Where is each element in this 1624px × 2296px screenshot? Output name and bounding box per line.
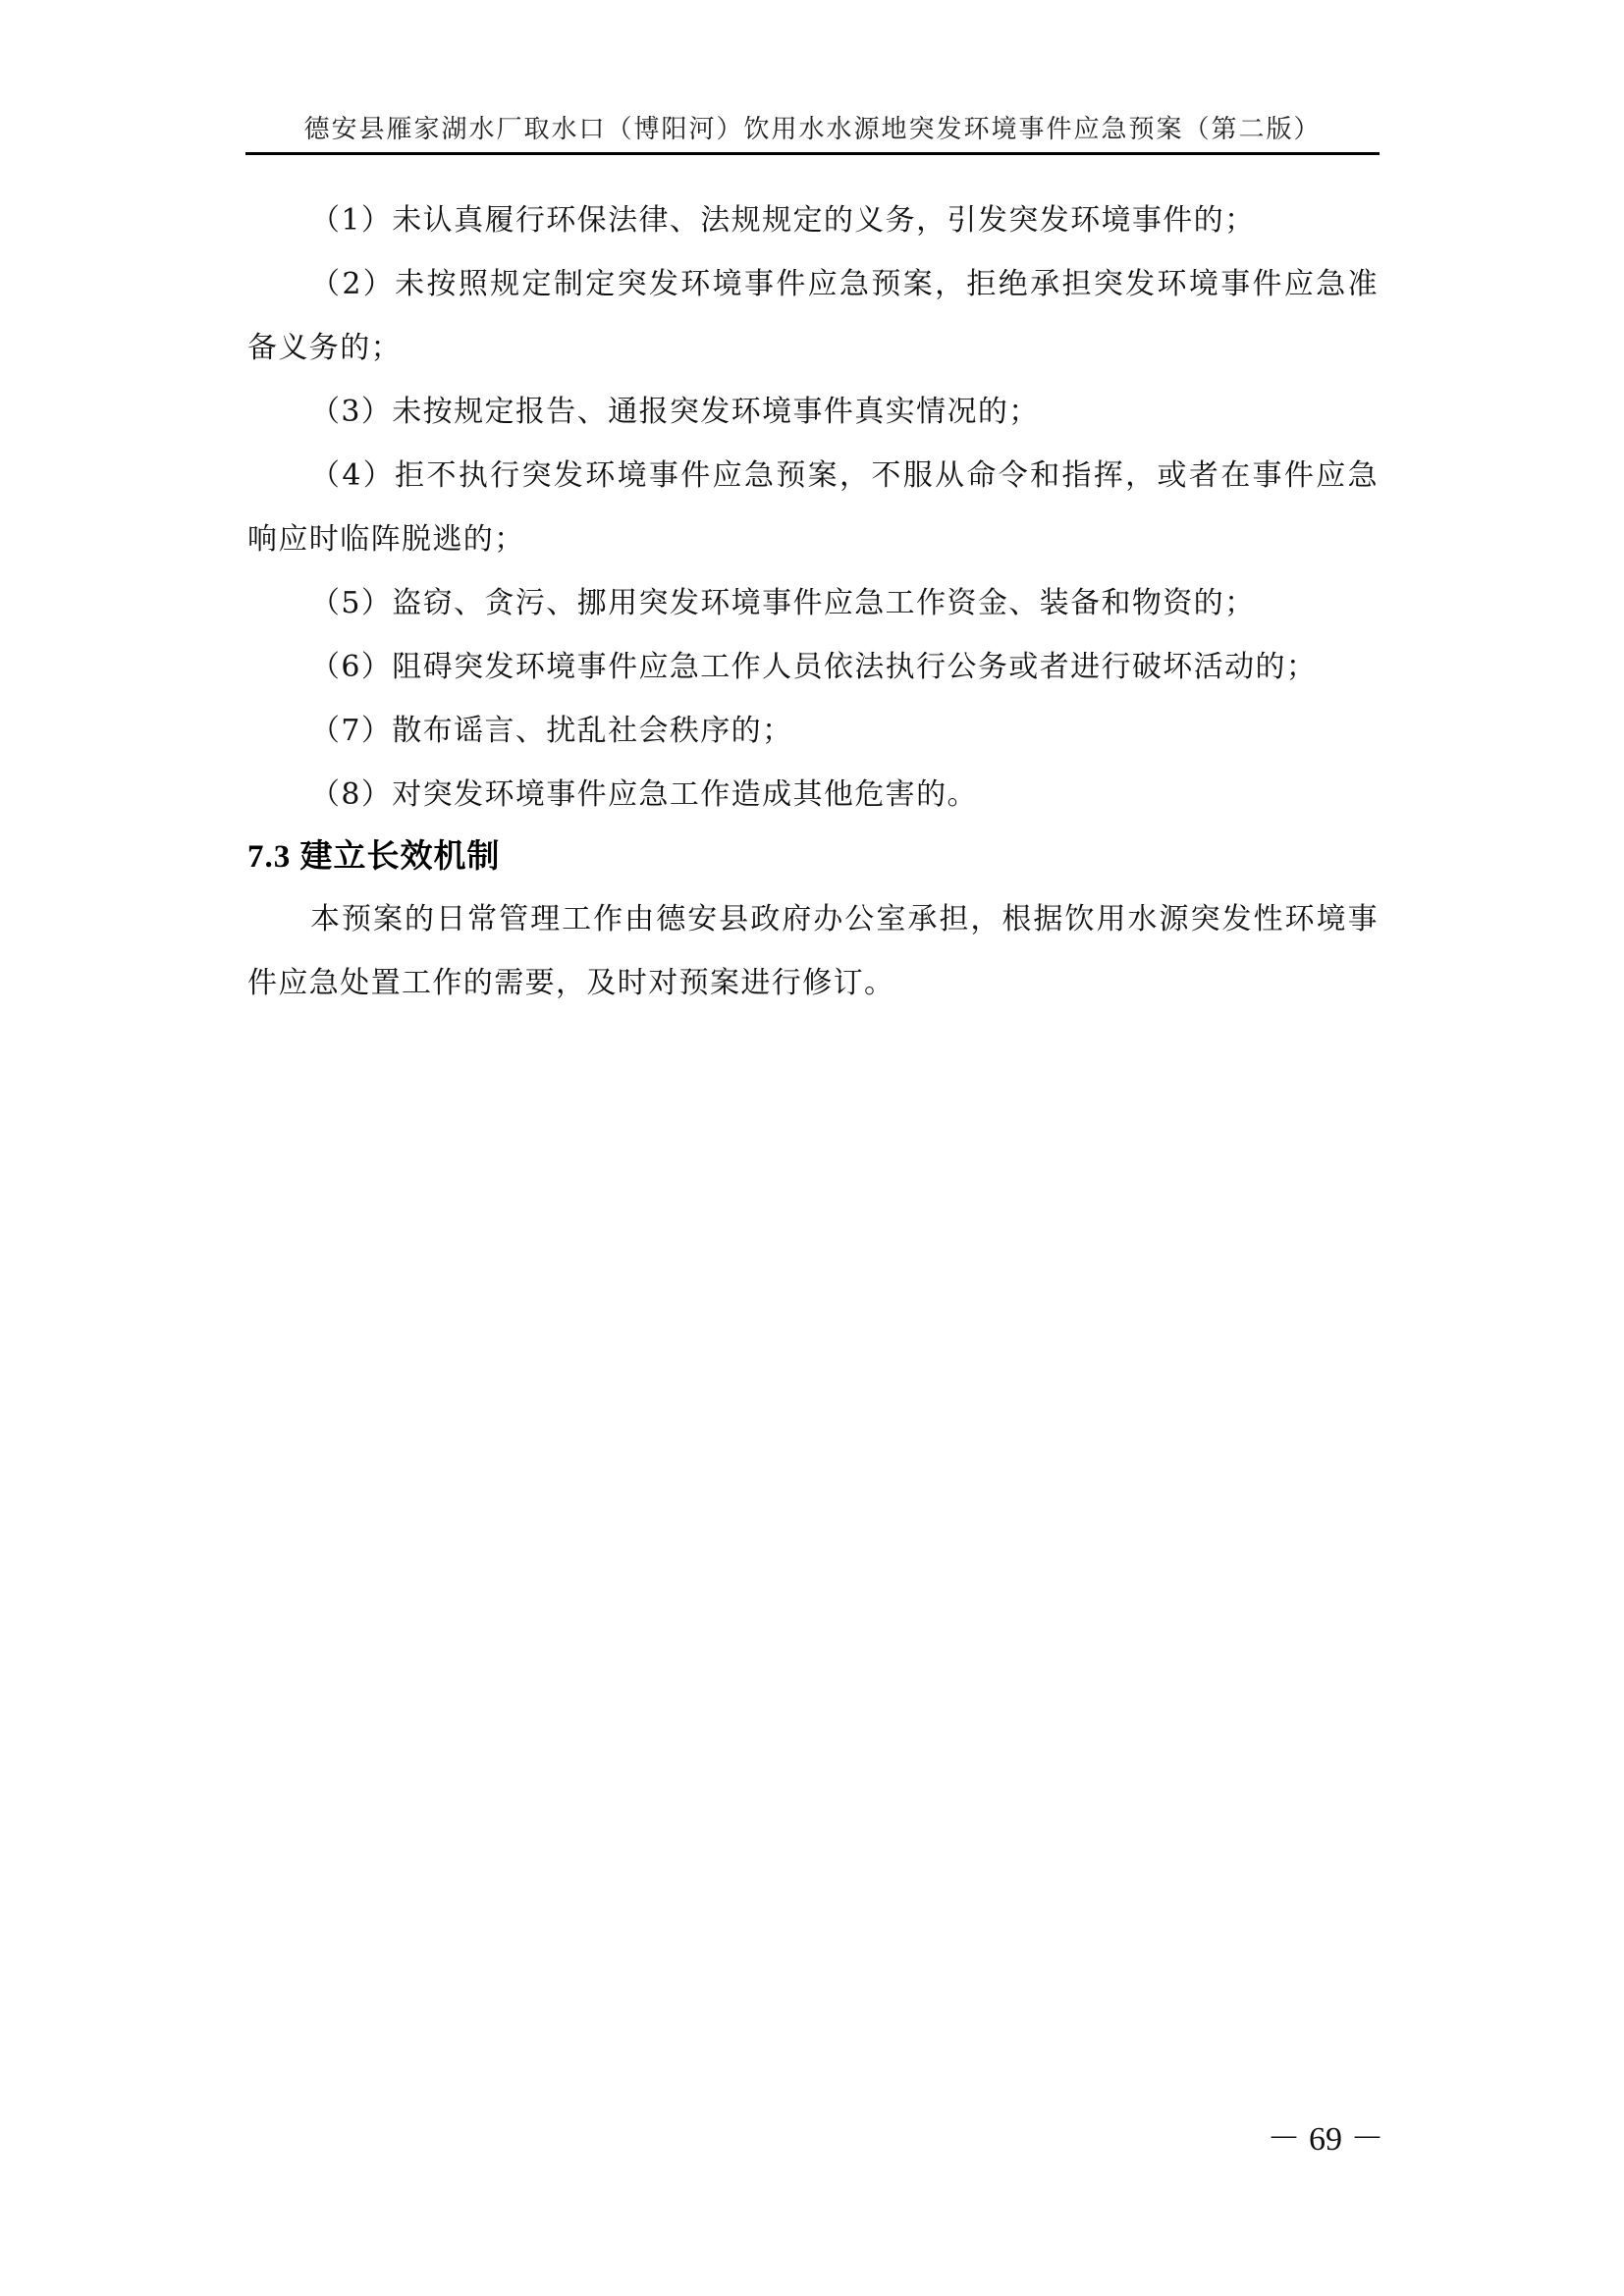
list-item-1: （1）未认真履行环保法律、法规规定的义务，引发突发环境事件的； xyxy=(247,188,1379,252)
page-header-title: 德安县雁家湖水厂取水口（博阳河）饮用水水源地突发环境事件应急预案（第二版） xyxy=(245,110,1380,153)
section-heading: 7.3 建立长效机制 xyxy=(247,827,1379,887)
list-item-8: （8）对突发环境事件应急工作造成其他危害的。 xyxy=(247,763,1379,827)
page-content: （1）未认真履行环保法律、法规规定的义务，引发突发环境事件的； （2）未按照规定… xyxy=(247,188,1379,1015)
list-item-3: （3）未按规定报告、通报突发环境事件真实情况的； xyxy=(247,380,1379,444)
header-divider xyxy=(245,152,1380,155)
page-number: － 69 － xyxy=(1227,2110,1424,2169)
list-item-6: （6）阻碍突发环境事件应急工作人员依法执行公务或者进行破坏活动的； xyxy=(247,635,1379,699)
list-item-4: （4）拒不执行突发环境事件应急预案，不服从命令和指挥，或者在事件应急响应时临阵脱… xyxy=(247,444,1379,571)
list-item-7: （7）散布谣言、扰乱社会秩序的； xyxy=(247,699,1379,763)
list-item-5: （5）盗窃、贪污、挪用突发环境事件应急工作资金、装备和物资的； xyxy=(247,571,1379,635)
list-item-2: （2）未按照规定制定突发环境事件应急预案，拒绝承担突发环境事件应急准备义务的； xyxy=(247,252,1379,380)
section-paragraph: 本预案的日常管理工作由德安县政府办公室承担，根据饮用水源突发性环境事件应急处置工… xyxy=(247,887,1379,1015)
